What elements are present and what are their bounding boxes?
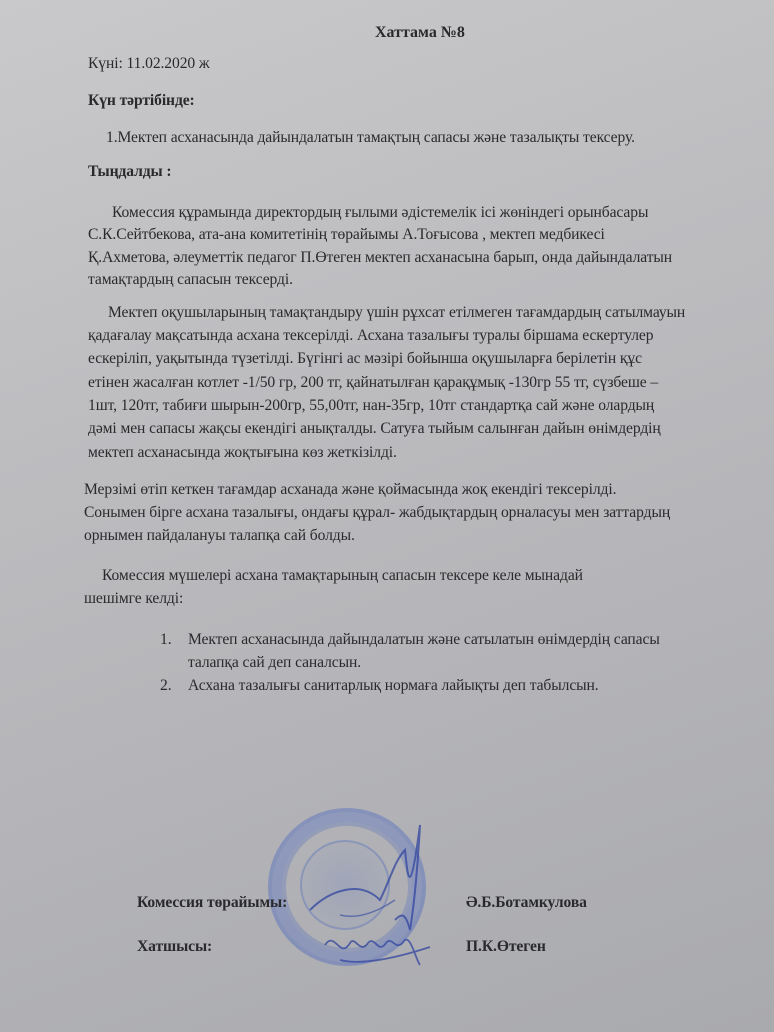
paragraph4-line: шешімге келді: [84, 589, 183, 609]
date-line: Күні: 11.02.2020 ж [88, 54, 210, 74]
decision-number: 2. [160, 676, 172, 696]
decision-text: Мектеп асханасында дайындалатын және сат… [188, 630, 660, 650]
decision-text: талапқа сай деп саналсын. [188, 653, 361, 673]
agenda-item: 1.Мектеп асханасында дайындалатын тамақт… [106, 128, 635, 148]
paragraph1-line: С.К.Сейтбекова, ата-ана комитетінің төра… [88, 225, 605, 245]
decision-text: Асхана тазалығы санитарлық нормаға лайық… [188, 676, 599, 696]
paragraph2-line: қадағалау мақсатында асхана тексерілді. … [88, 326, 653, 346]
document-page: Хаттама №8 Күні: 11.02.2020 ж Күн тәртіб… [0, 0, 774, 1032]
document-title: Хаттама №8 [375, 24, 465, 42]
paragraph3-line: Мерзімі өтіп кеткен тағамдар асханада жә… [84, 480, 616, 500]
signature-role: Комессия төрайымы: [137, 893, 287, 913]
paragraph2-line: Мектеп оқушыларының тамақтандыру үшін рұ… [108, 303, 685, 323]
paragraph1-line: Қ.Ахметова, әлеуметтік педагог П.Өтеген … [88, 248, 672, 268]
heard-heading: Тыңдалды : [88, 162, 172, 182]
paragraph2-line: дәмі мен сапасы жақсы екендігі анықталды… [88, 419, 661, 439]
paragraph2-line: 1шт, 120тг, табиғи шырын-200гр, 55,00тг,… [88, 396, 654, 416]
signature-role: Хатшысы: [137, 937, 212, 957]
decision-number: 1. [160, 630, 172, 650]
paragraph4-line: Комессия мүшелері асхана тамақтарының са… [102, 566, 583, 586]
signature-name: Ә.Б.Ботамкулова [466, 893, 587, 913]
chair-signature-icon [300, 820, 440, 940]
paragraph1-line: Комессия құрамында директордың ғылыми әд… [112, 203, 648, 223]
paragraph2-line: мектеп асханасында жоқтығына көз жеткізі… [88, 443, 397, 463]
paragraph2-line: етінен жасалған котлет -1/50 гр, 200 тг,… [88, 373, 658, 393]
signature-name: П.К.Өтеген [466, 937, 546, 957]
secretary-signature-icon [320, 925, 440, 975]
paragraph3-line: Сонымен бірге асхана тазалығы, ондағы құ… [84, 503, 670, 523]
paragraph2-line: ескеріліп, уақытында түзетілді. Бүгінгі … [88, 349, 642, 369]
agenda-heading: Күн тәртібінде: [88, 91, 195, 111]
paragraph3-line: орнымен пайдалануы талапқа сай болды. [84, 526, 355, 546]
paragraph1-line: тамақтардың сапасын тексерді. [88, 270, 293, 290]
